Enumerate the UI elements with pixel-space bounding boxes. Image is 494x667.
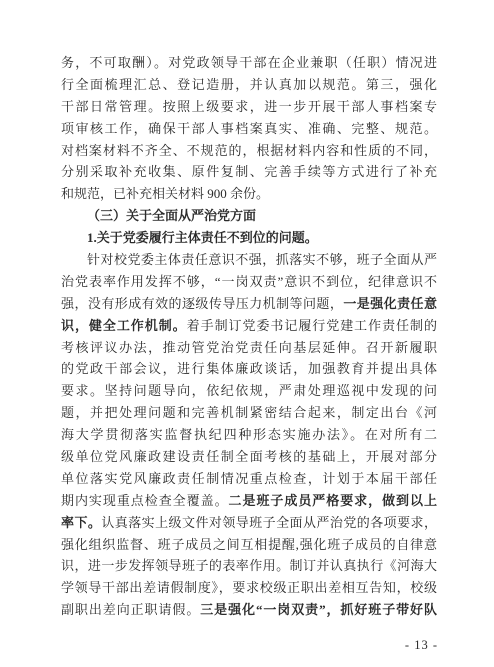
text-segment: 和规范，已补充相关材料 900 余份。 (61, 186, 269, 201)
text-line: 副职出差向正职请假。三是强化“一岗双责”，抓好班子带好队 (61, 599, 437, 621)
bold-text-segment: （三）关于全面从严治党方面 (87, 208, 256, 223)
text-segment: 干部日常管理。按照上级要求，进一步开展干部人事档案专 (61, 99, 437, 114)
text-segment: 着手制订党委书记履行党建工作责任制的 (187, 318, 437, 333)
text-line: 务，不可取酬）。对党政领导干部在企业兼职（任职）情况进 (61, 52, 437, 74)
text-line: 行全面梳理汇总、登记造册，并认真加以规范。第三，强化 (61, 74, 437, 96)
text-line: 考核评议办法，推动管党治党责任向基层延伸。召开新履职 (61, 337, 437, 359)
text-line: 强，没有形成有效的逐级传导压力机制等问题，一是强化责任意 (61, 293, 437, 315)
text-line: 和规范，已补充相关材料 900 余份。 (61, 183, 437, 205)
text-line: 海大学贯彻落实监督执纪四种形态实施办法》。在对所有二 (61, 424, 437, 446)
text-segment: 项审核工作，确保干部人事档案真实、准确、完整、规范。 (61, 121, 437, 136)
text-segment: 务，不可取酬）。对党政领导干部在企业兼职（任职）情况进 (61, 55, 437, 70)
text-line: 期内实现重点检查全覆盖。二是班子成员严格要求，做到以上 (61, 490, 437, 512)
text-line: 级单位党风廉政建设责任制全面考核的基础上，开展对部分 (61, 446, 437, 468)
text-segment: 分别采取补充收集、原件复制、完善手续等方式进行了补充 (61, 164, 437, 179)
text-segment: 单位落实党风廉政责任制情况重点检查，计划于本届干部任 (61, 471, 437, 486)
text-segment: 识，进一步发挥领导班子的表率作用。制订并认真执行《河海大 (61, 558, 437, 573)
text-line: 强化组织监督、班子成员之间互相提醒,强化班子成员的自律意 (61, 534, 437, 556)
text-segment: 认真落实上级文件对领导班子全面从严治党的各项要求， (101, 515, 437, 530)
text-segment: 期内实现重点检查全覆盖。 (61, 493, 229, 508)
bold-text-segment: 一是强化责任意 (343, 296, 437, 311)
text-segment: 对档案材料不齐全、不规范的，根据材料内容和性质的不同， (61, 143, 437, 158)
text-line: 要求。坚持问题导向，依纪依规，严肃处理巡视中发现的问 (61, 380, 437, 402)
text-segment: 级单位党风廉政建设责任制全面考核的基础上，开展对部分 (61, 449, 437, 464)
text-line: 对档案材料不齐全、不规范的，根据材料内容和性质的不同， (61, 140, 437, 162)
text-segment: 强化组织监督、班子成员之间互相提醒,强化班子成员的自律意 (61, 537, 437, 552)
bold-text-segment: 识，健全工作机制。 (61, 318, 187, 333)
heading-line: （三）关于全面从严治党方面 (61, 205, 437, 227)
text-segment: 题，并把处理问题和完善机制紧密结合起来，制定出台《河 (61, 405, 437, 420)
text-segment: 副职出差向正职请假。 (61, 602, 200, 617)
bold-text-segment: 1.关于党委履行主体责任不到位的问题。 (87, 230, 318, 245)
page-number: - 13 - (405, 637, 438, 653)
text-line: 的党政干部会议，进行集体廉政谈话，加强教育并提出具体 (61, 358, 437, 380)
bold-text-segment: 率下。 (61, 515, 101, 530)
text-segment: 要求。坚持问题导向，依纪依规，严肃处理巡视中发现的问 (61, 383, 437, 398)
text-line: 识，进一步发挥领导班子的表率作用。制订并认真执行《河海大 (61, 555, 437, 577)
text-line: 学领导干部出差请假制度》，要求校级正职出差相互告知，校级 (61, 577, 437, 599)
text-line: 题，并把处理问题和完善机制紧密结合起来，制定出台《河 (61, 402, 437, 424)
bold-text-segment: 二是班子成员严格要求，做到以上 (229, 493, 437, 508)
text-segment: 强，没有形成有效的逐级传导压力机制等问题， (61, 296, 343, 311)
text-line: 针对校党委主体责任意识不强，抓落实不够，班子全面从严 (61, 249, 437, 271)
text-line: 项审核工作，确保干部人事档案真实、准确、完整、规范。 (61, 118, 437, 140)
text-block: 务，不可取酬）。对党政领导干部在企业兼职（任职）情况进行全面梳理汇总、登记造册，… (61, 52, 437, 621)
text-line: 率下。认真落实上级文件对领导班子全面从严治党的各项要求， (61, 512, 437, 534)
text-segment: 的党政干部会议，进行集体廉政谈话，加强教育并提出具体 (61, 361, 437, 376)
text-line: 识，健全工作机制。着手制订党委书记履行党建工作责任制的 (61, 315, 437, 337)
heading-line: 1.关于党委履行主体责任不到位的问题。 (61, 227, 437, 249)
text-line: 干部日常管理。按照上级要求，进一步开展干部人事档案专 (61, 96, 437, 118)
bold-text-segment: 三是强化“一岗双责”，抓好班子带好队 (200, 602, 437, 617)
text-segment: 针对校党委主体责任意识不强，抓落实不够，班子全面从严 (87, 252, 437, 267)
text-segment: 治党表率作用发挥不够，“一岗双责”意识不到位，纪律意识不 (61, 274, 437, 289)
text-segment: 学领导干部出差请假制度》，要求校级正职出差相互告知，校级 (61, 580, 437, 595)
document-page: 务，不可取酬）。对党政领导干部在企业兼职（任职）情况进行全面梳理汇总、登记造册，… (0, 0, 494, 667)
text-segment: 考核评议办法，推动管党治党责任向基层延伸。召开新履职 (61, 340, 437, 355)
text-line: 治党表率作用发挥不够，“一岗双责”意识不到位，纪律意识不 (61, 271, 437, 293)
text-segment: 海大学贯彻落实监督执纪四种形态实施办法》。在对所有二 (61, 427, 437, 442)
text-segment: 行全面梳理汇总、登记造册，并认真加以规范。第三，强化 (61, 77, 437, 92)
text-line: 单位落实党风廉政责任制情况重点检查，计划于本届干部任 (61, 468, 437, 490)
text-line: 分别采取补充收集、原件复制、完善手续等方式进行了补充 (61, 161, 437, 183)
